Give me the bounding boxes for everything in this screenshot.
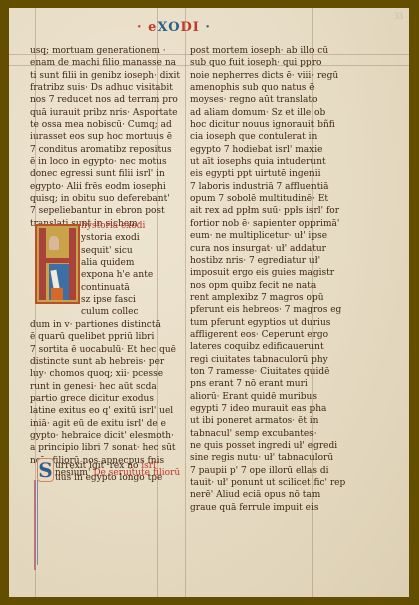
left-column: usq; mortuam generationem · enam de mach… — [30, 45, 180, 230]
text-line: hostibz nris· 7 egrediatur uł' — [190, 255, 345, 267]
text-line: tauit· uł' ponunt ut scilicet fic' repo — [190, 477, 345, 489]
text-line: tum pferunt egyptios ut durius — [190, 317, 345, 329]
text-line: tabnacul' semp excubantes· — [190, 428, 345, 440]
text-line: fratribz suis· Ds adhuc visitabit — [30, 82, 180, 94]
pen-flourish — [37, 480, 38, 565]
text-line: fortior nob ē· sapienter opprimā' — [190, 218, 345, 230]
text-line: ad aliam domum· Sz et ille ob — [190, 107, 345, 119]
text-line: ē quarū quelibet ppriū libri — [30, 331, 180, 343]
text-line: 7 sepeliebantur in ebron post — [30, 205, 180, 217]
text-line: 7 paupii p' 7 ope illorū ellas di — [190, 465, 345, 477]
text-line: dum in v· partiones distinctā — [30, 319, 180, 331]
text-line: quā iurauit pribz nris· Asportate — [30, 107, 180, 119]
initial-crossbar — [39, 258, 76, 263]
rubric-heading: hystoria exodi — [81, 220, 153, 232]
text-line: hoc dicitur nouus ignorauit bñfi — [190, 119, 345, 131]
text-line: sequit' sicu — [81, 245, 153, 257]
text-line: a principio libri 7 sonat· hec sūt — [30, 442, 180, 454]
text-line: alia quidem — [81, 257, 153, 269]
text-line: opum 7 sobolē multitudinē· Et — [190, 193, 345, 205]
text-line: donec egressi sunt filii isrl' in — [30, 168, 180, 180]
text-line: sub quo fuit ioseph· qui ppro — [190, 57, 345, 69]
text-line: cura nos insurgat· uł' addatur — [190, 243, 345, 255]
text-line: pns erant 7 nō erant muri — [190, 378, 345, 390]
text-line: affligerent eos· Ceperunt ergo — [190, 329, 345, 341]
text-line: enam de machi filio manasse na — [30, 57, 180, 69]
figure-cloak-icon — [51, 288, 63, 300]
text-line: urrexit igit' rex no isrl' — [55, 460, 162, 472]
running-head-blue: XO — [157, 20, 180, 35]
initial-stroke — [39, 228, 46, 300]
text-line: continuatā — [81, 282, 153, 294]
text-line: ē in loco in egypto· nec motus — [30, 156, 180, 168]
text-fragment: urrexit igit' rex no — [55, 461, 138, 471]
text-line: ait rex ad ppłm suū· ppłs isrl' for — [190, 205, 345, 217]
text-line: partio grece dicitur exodus — [30, 393, 180, 405]
text-line: aliorū· Erant quidē muribus — [190, 391, 345, 403]
text-line: pferunt eis hebreos· 7 magros eg — [190, 304, 345, 316]
text-line: graue quā ferrule impuit eis — [190, 502, 345, 514]
right-column: post mortem ioseph· ab illo cū sub quo f… — [190, 45, 345, 514]
text-line: gypto· hebraice dicit' elesmoth· — [30, 430, 180, 442]
text-line: iniā· agit eū de exitu isrl' de e — [30, 418, 180, 430]
text-line: rent amplexibz 7 magros opū — [190, 292, 345, 304]
text-line: distincte sunt ab hebreis· per — [30, 356, 180, 368]
ruling-line — [185, 8, 186, 597]
text-line: egypto· Alii frēs eodm iosephi — [30, 181, 180, 193]
decorated-initial-s: S — [37, 458, 54, 482]
initial-stroke — [69, 228, 76, 300]
text-line: 7 sortita ē uocabulū· Et hec quē — [30, 344, 180, 356]
text-line: 7 conditus aromatibz repositus — [30, 144, 180, 156]
text-line: amenophis sub quo natus ē — [190, 82, 345, 94]
text-line: ut aīt iosephs quia intuderunt — [190, 156, 345, 168]
running-head-dot: · — [205, 20, 211, 35]
text-line: regi ciuitates tabnaculorū phy — [190, 354, 345, 366]
folio-number: 33 — [394, 11, 403, 21]
text-line: lateres coquibz edificauerunt — [190, 341, 345, 353]
historiated-initial-h — [35, 224, 80, 304]
text-line: egypti 7 ideo murauit eas pha — [190, 403, 345, 415]
text-line: luy· chomos quoq; xii· pcesse — [30, 368, 180, 380]
text-line: moyses· regno aūt translato — [190, 94, 345, 106]
text-line: usq; mortuam generationem · — [30, 45, 180, 57]
text-line: nerē' Aliud eciā opus nō tam — [190, 489, 345, 501]
text-line: te ossa mea nobiscū· Cumq; ad — [30, 119, 180, 131]
text-line: sz ipse fasci — [81, 294, 153, 306]
rubric-fragment: isrl' — [141, 461, 158, 471]
text-line: eum· ne multiplicetur· uł' ipse — [190, 230, 345, 242]
pen-flourish — [34, 480, 36, 570]
text-line: eis egypti ppt uirtutē ingenii — [190, 168, 345, 180]
text-line: latine exitus eo q' exitū isrl' uel — [30, 405, 180, 417]
text-line: ystoria exodi — [81, 232, 153, 244]
text-line: egypto 7 hodiebat isrl' maxie — [190, 144, 345, 156]
figure-head-icon — [49, 236, 59, 250]
text-line: post mortem ioseph· ab illo cū — [190, 45, 345, 57]
text-line: nos 7 reducet nos ad terram pro — [30, 94, 180, 106]
left-column-final: urrexit igit' rex no isrl' uus in egypto… — [55, 460, 162, 485]
text-line: ne quis posset ingredi uł' egredi — [190, 440, 345, 452]
left-column-beside-initial: hystoria exodi ystoria exodi sequit' sic… — [81, 220, 153, 319]
text-line: expona h'e ante — [81, 269, 153, 281]
text-line: nos opm quibz fecit ne nata — [190, 280, 345, 292]
text-line: 7 laboris industriā 7 affluentiā — [190, 181, 345, 193]
text-line: cia ioseph que contulerat in — [190, 131, 345, 143]
text-line: iurasset eos sup hoc mortuus ē — [30, 131, 180, 143]
manuscript-page: 33 · eXODI · usq; mortuam generationem ·… — [9, 8, 409, 597]
running-head-red: e — [148, 20, 157, 35]
text-line: ti sunt filii in genibz ioseph· dixit — [30, 70, 180, 82]
running-head-dot: · — [137, 20, 143, 35]
text-line: noie nepherres dicts ē· viii· regū — [190, 70, 345, 82]
text-line: runt in genesi· hec aūt scda — [30, 381, 180, 393]
text-line: ton 7 ramesse· Ciuitates quidē — [190, 366, 345, 378]
text-line: uus in egypto longo tpe — [55, 472, 162, 484]
text-line: ut ibi poneret armatos· ēt in — [190, 415, 345, 427]
text-line: culum collec — [81, 306, 153, 318]
text-line: sine regis nutu· uł' tabnaculorū — [190, 452, 345, 464]
text-line: quisq; in obitu suo deferebant' — [30, 193, 180, 205]
running-head: · eXODI · — [137, 20, 211, 35]
left-column-continued: dum in v· partiones distinctā ē quarū qu… — [30, 319, 180, 479]
text-line: imposuit ergo eis guies magistr — [190, 267, 345, 279]
running-head-red: DI — [181, 20, 200, 35]
